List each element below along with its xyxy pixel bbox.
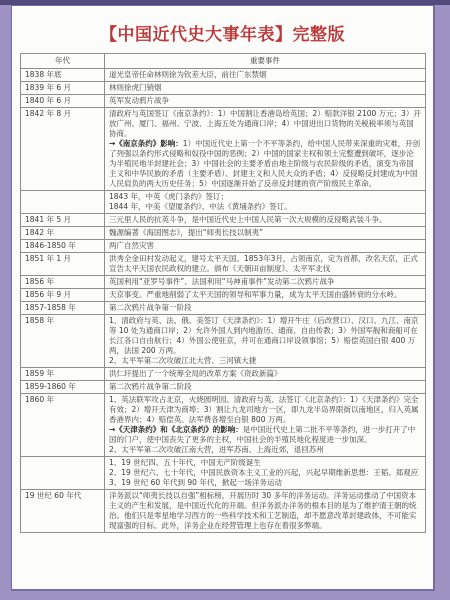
table-row: 19 世纪 60 年代洋务派以“师夷长技以自强”相标榜，开展历时 30 多年的洋… — [21, 490, 426, 533]
column-header-year: 年代 — [21, 54, 105, 69]
page-title-suffix: 完整版 — [293, 25, 346, 45]
event-cell: 第二次鸦片战争第一阶段 — [105, 302, 426, 315]
event-cell: 清政府与英国签订《南京条约》：1）中国割让香港岛给英国；2）赔款洋银 2100 … — [105, 108, 426, 191]
table-row: 1851 年 1 月洪秀全金田村发动起义，建号太平天国。1853年3月，占领南京… — [21, 253, 426, 276]
table-header-row: 年代 重要事件 — [21, 54, 426, 69]
table-row: 1、19 世纪四、五十年代，中国无产阶级诞生2、19 世纪六、七十年代，中国民族… — [21, 457, 426, 490]
year-cell: 1857-1858 年 — [21, 302, 105, 315]
table-row: 1856 年 9 月天京事变。严重地削弱了太平天国的领导和军事力量，成为太平天国… — [21, 289, 426, 302]
event-cell: 三元里人民的抗英斗争，是中国近代史上中国人民第一次大规模的反侵略武装斗争。 — [105, 214, 426, 227]
year-cell: 1859 年 — [21, 368, 105, 381]
year-cell — [21, 191, 105, 214]
event-cell: 魏源编著《海国图志》，提出“师夷长技以制夷” — [105, 227, 426, 240]
event-cell: 1843 年，中英《虎门条约》签订；1844 年，中美《望厦条约》、中法《黄埔条… — [105, 191, 426, 214]
table-row: 1842 年魏源编著《海国图志》，提出“师夷长技以制夷” — [21, 227, 426, 240]
event-cell: 英军发动鸦片战争 — [105, 95, 426, 108]
page-title-main: 【中国近代史大事年表】 — [100, 25, 293, 45]
table-row: 1842 年 8 月清政府与英国签订《南京条约》：1）中国割让香港岛给英国；2）… — [21, 108, 426, 191]
year-cell: 1856 年 9 月 — [21, 289, 105, 302]
table-row: 1860 年1、英法联军攻占北京，火烧圆明园。清政府与英、法签订《北京条约》：1… — [21, 394, 426, 457]
event-cell: 林则徐虎门销烟 — [105, 82, 426, 95]
year-cell: 1859-1860 年 — [21, 381, 105, 394]
event-cell: 天京事变。严重地削弱了太平天国的领导和军事力量，成为太平天国由盛转衰的分水岭。 — [105, 289, 426, 302]
table-row: 1856 年英国利用“亚罗号事件”、法国利用“马神甫事件”发动第二次鸦片战争 — [21, 276, 426, 289]
year-cell: 1858 年 — [21, 315, 105, 368]
table-row: 1859-1860 年第二次鸦片战争第二阶段 — [21, 381, 426, 394]
event-cell: 1、19 世纪四、五十年代，中国无产阶级诞生2、19 世纪六、七十年代，中国民族… — [105, 457, 426, 490]
event-cell: 1、清政府与英、法、俄、美签订《天津条约》：1）增开牛庄（后改营口）、汉口、九江… — [105, 315, 426, 368]
year-cell: 1851 年 1 月 — [21, 253, 105, 276]
document-page: 【中国近代史大事年表】完整版 年代 重要事件 1838 年底道光皇帝任命林则徐为… — [11, 5, 435, 591]
year-cell: 1838 年底 — [21, 69, 105, 82]
event-cell: 第二次鸦片战争第二阶段 — [105, 381, 426, 394]
event-cell: 洪秀全金田村发动起义，建号太平天国。1853年3月，占领南京，定为首都，改名天京… — [105, 253, 426, 276]
table-row: 1846-1850 年两广自然灾害 — [21, 240, 426, 253]
year-cell: 1846-1850 年 — [21, 240, 105, 253]
events-table: 年代 重要事件 1838 年底道光皇帝任命林则徐为钦差大臣，前往广东禁烟1839… — [20, 53, 426, 533]
year-cell: 1842 年 8 月 — [21, 108, 105, 191]
table-row: 1843 年，中英《虎门条约》签订；1844 年，中美《望厦条约》、中法《黄埔条… — [21, 191, 426, 214]
page-title: 【中国近代史大事年表】完整版 — [12, 20, 433, 45]
year-cell: 1840 年 6 月 — [21, 95, 105, 108]
year-cell — [21, 457, 105, 490]
table-row: 1840 年 6 月英军发动鸦片战争 — [21, 95, 426, 108]
event-cell: 英国利用“亚罗号事件”、法国利用“马神甫事件”发动第二次鸦片战争 — [105, 276, 426, 289]
year-cell: 1856 年 — [21, 276, 105, 289]
year-cell: 1841 年 5 月 — [21, 214, 105, 227]
table-row: 1858 年1、清政府与英、法、俄、美签订《天津条约》：1）增开牛庄（后改营口）… — [21, 315, 426, 368]
column-header-event: 重要事件 — [105, 54, 426, 69]
year-cell: 1860 年 — [21, 394, 105, 457]
year-cell: 1839 年 6 月 — [21, 82, 105, 95]
table-body: 1838 年底道光皇帝任命林则徐为钦差大臣，前往广东禁烟1839 年 6 月林则… — [21, 69, 426, 533]
event-cell: 道光皇帝任命林则徐为钦差大臣，前往广东禁烟 — [105, 69, 426, 82]
table-row: 1839 年 6 月林则徐虎门销烟 — [21, 82, 426, 95]
table-row: 1857-1858 年第二次鸦片战争第一阶段 — [21, 302, 426, 315]
table-row: 1841 年 5 月三元里人民的抗英斗争，是中国近代史上中国人民第一次大规模的反… — [21, 214, 426, 227]
event-cell: 洪仁玕提出了一个统筹全局的改革方案《资政新篇》 — [105, 368, 426, 381]
event-cell: 1、英法联军攻占北京，火烧圆明园。清政府与英、法签订《北京条约》：1）《天津条约… — [105, 394, 426, 457]
event-cell: 洋务派以“师夷长技以自强”相标榜，开展历时 30 多年的洋务运动。洋务运动推动了… — [105, 490, 426, 533]
year-cell: 19 世纪 60 年代 — [21, 490, 105, 533]
event-cell: 两广自然灾害 — [105, 240, 426, 253]
table-row: 1859 年洪仁玕提出了一个统筹全局的改革方案《资政新篇》 — [21, 368, 426, 381]
year-cell: 1842 年 — [21, 227, 105, 240]
table-row: 1838 年底道光皇帝任命林则徐为钦差大臣，前往广东禁烟 — [21, 69, 426, 82]
